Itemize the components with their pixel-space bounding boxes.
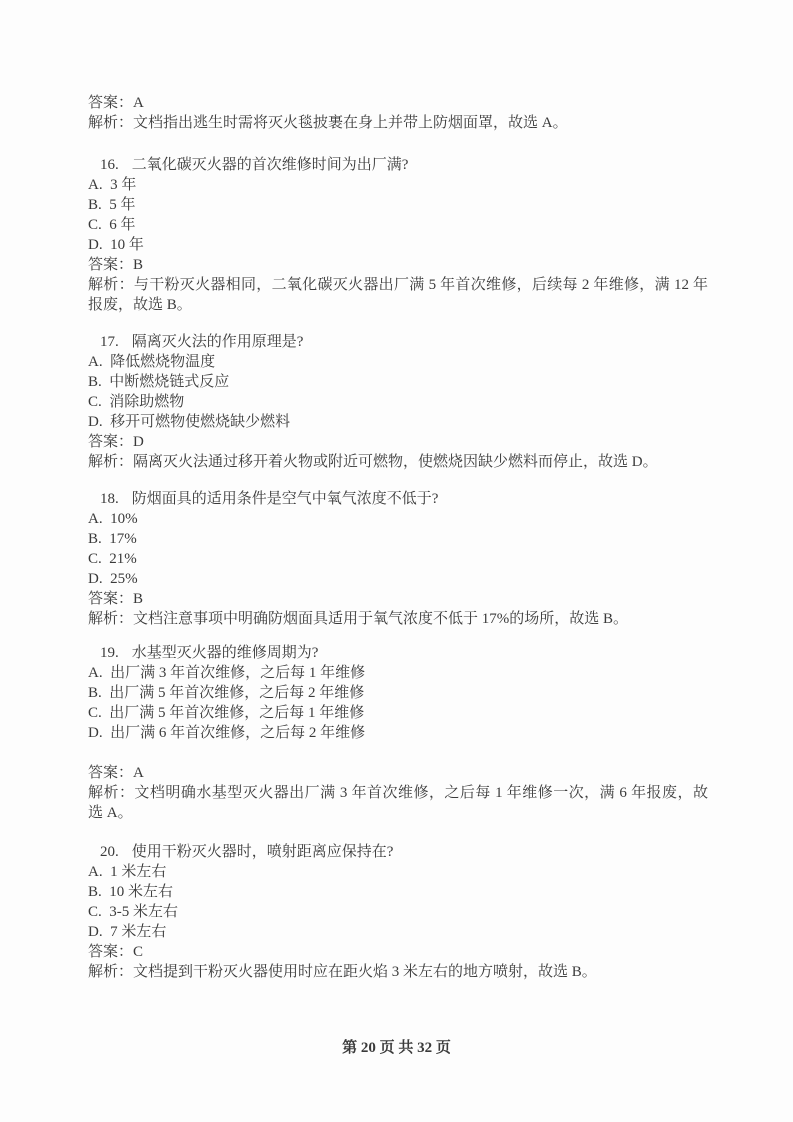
option-b: B. 出厂满 5 年首次维修，之后每 2 年维修 [88, 683, 708, 703]
question-19: 19.水基型灭火器的维修周期为? A. 出厂满 3 年首次维修，之后每 1 年维… [88, 643, 708, 823]
analysis-line: 解析：与干粉灭火器相同，二氧化碳灭火器出厂满 5 年首次维修，后续每 2 年维修… [88, 275, 708, 295]
option-d: D. 出厂满 6 年首次维修，之后每 2 年维修 [88, 723, 708, 743]
question-17: 17.隔离灭火法的作用原理是? A. 降低燃烧物温度 B. 中断燃烧链式反应 C… [88, 332, 708, 472]
option-b: B. 17% [88, 529, 708, 549]
option-d: D. 10 年 [88, 235, 708, 255]
answer-line: 答案：B [88, 589, 708, 609]
question-20: 20.使用干粉灭火器时，喷射距离应保持在? A. 1 米左右 B. 10 米左右… [88, 842, 708, 982]
option-c: C. 6 年 [88, 215, 708, 235]
option-c: C. 消除助燃物 [88, 392, 708, 412]
question-18: 18.防烟面具的适用条件是空气中氧气浓度不低于? A. 10% B. 17% C… [88, 489, 708, 629]
option-a: A. 3 年 [88, 175, 708, 195]
option-a: A. 1 米左右 [88, 862, 708, 882]
answer-line: 答案：C [88, 942, 708, 962]
question-stem: 17.隔离灭火法的作用原理是? [88, 332, 708, 352]
question-text: 二氧化碳灭火器的首次维修时间为出厂满? [132, 157, 409, 173]
question-16: 16.二氧化碳灭火器的首次维修时间为出厂满? A. 3 年 B. 5 年 C. … [88, 155, 708, 315]
analysis-line-2: 报废，故选 B。 [88, 295, 708, 315]
question-text: 水基型灭火器的维修周期为? [132, 645, 319, 661]
analysis-line: 解析：文档明确水基型灭火器出厂满 3 年首次维修，之后每 1 年维修一次，满 6… [88, 783, 708, 803]
analysis-line-2: 选 A。 [88, 803, 708, 823]
analysis-line: 解析：文档注意事项中明确防烟面具适用于氧气浓度不低于 17%的场所，故选 B。 [88, 609, 708, 629]
option-b: B. 5 年 [88, 195, 708, 215]
answer-line: 答案：A [88, 763, 708, 783]
analysis-line: 解析：隔离灭火法通过移开着火物或附近可燃物，使燃烧因缺少燃料而停止，故选 D。 [88, 452, 708, 472]
option-d: D. 7 米左右 [88, 922, 708, 942]
question-stem: 18.防烟面具的适用条件是空气中氧气浓度不低于? [88, 489, 708, 509]
question-number: 17. [100, 334, 119, 350]
question-number: 20. [100, 844, 119, 860]
question-number: 18. [100, 491, 119, 507]
option-b: B. 中断燃烧链式反应 [88, 372, 708, 392]
option-a: A. 出厂满 3 年首次维修，之后每 1 年维修 [88, 663, 708, 683]
option-a: A. 降低燃烧物温度 [88, 352, 708, 372]
answer-line: 答案：B [88, 255, 708, 275]
option-b: B. 10 米左右 [88, 882, 708, 902]
question-stem: 20.使用干粉灭火器时，喷射距离应保持在? [88, 842, 708, 862]
question-text: 使用干粉灭火器时，喷射距离应保持在? [132, 844, 394, 860]
question-text: 防烟面具的适用条件是空气中氧气浓度不低于? [132, 491, 439, 507]
question-stem: 16.二氧化碳灭火器的首次维修时间为出厂满? [88, 155, 708, 175]
carryover-answer-block: 答案：A 解析：文档指出逃生时需将灭火毯披裹在身上并带上防烟面罩，故选 A。 [88, 93, 708, 133]
analysis-line: 解析：文档指出逃生时需将灭火毯披裹在身上并带上防烟面罩，故选 A。 [88, 113, 708, 133]
question-stem: 19.水基型灭火器的维修周期为? [88, 643, 708, 663]
answer-line: 答案：D [88, 432, 708, 452]
question-number: 19. [100, 645, 119, 661]
option-d: D. 移开可燃物使燃烧缺少燃料 [88, 412, 708, 432]
option-d: D. 25% [88, 569, 708, 589]
option-c: C. 21% [88, 549, 708, 569]
analysis-line: 解析：文档提到干粉灭火器使用时应在距火焰 3 米左右的地方喷射，故选 B。 [88, 962, 708, 982]
question-text: 隔离灭火法的作用原理是? [132, 334, 304, 350]
option-c: C. 出厂满 5 年首次维修，之后每 1 年维修 [88, 703, 708, 723]
page-number-footer: 第 20 页 共 32 页 [0, 1038, 793, 1058]
option-a: A. 10% [88, 509, 708, 529]
question-number: 16. [100, 157, 119, 173]
option-c: C. 3-5 米左右 [88, 902, 708, 922]
answer-line: 答案：A [88, 93, 708, 113]
